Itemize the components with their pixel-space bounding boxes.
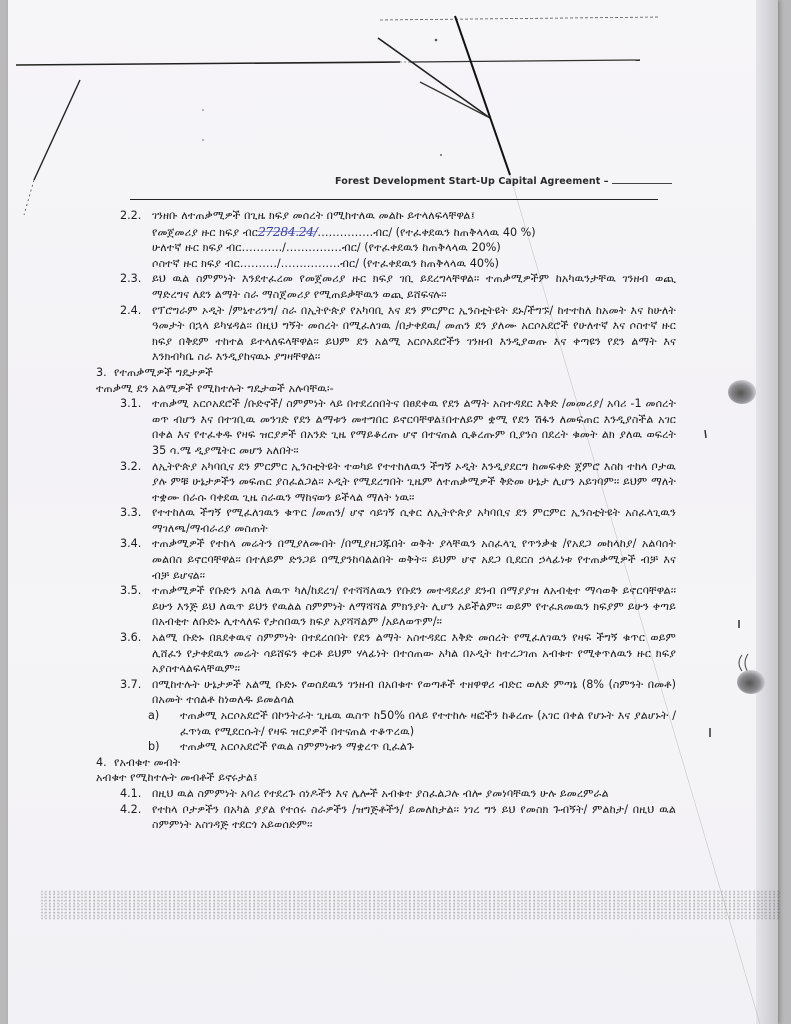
clause-3-2: 3.2. ለኢትዮጵያ አካባቢና ደን ምርምር ኢንስቲትዩት ተወካይ የ… bbox=[96, 459, 676, 506]
header-rule bbox=[130, 199, 658, 200]
payment-note: (የተፈቀደዉን ከጠቅላላዉ 20%) bbox=[364, 241, 500, 254]
clause-text: በዚህ ዉል ስምምነት አባሪ የተደረጉ ሰነዶችን እና ሌሎች አብቁተ… bbox=[152, 786, 676, 802]
payment-line-2: ሁለተኛ ዙር ክፍያ ብር………../……………ብር/ (የተፈቀደዉን ከጠ… bbox=[96, 240, 676, 256]
clause-number: 3.7. bbox=[120, 677, 152, 708]
payment-fill: ………../……………ብር/ bbox=[241, 241, 360, 254]
clause-text: ተጠቃሚዎች የቡድን አባል ለዉጥ ካለ/ከደረገ/ የተሻሻለዉን የቡደ… bbox=[152, 583, 676, 630]
clause-number: 3.5. bbox=[120, 583, 152, 630]
payment-fill: ………./…………….ብር/ bbox=[240, 257, 359, 270]
clause-text: ለኢትዮጵያ አካባቢና ደን ምርምር ኢንስቲትዩት ተወካይ የተተከለዉ… bbox=[152, 459, 676, 506]
section-title: የተጠቃሚዎች ግዴታዎች bbox=[114, 365, 213, 381]
section-title: የአብቁተ መብት bbox=[114, 755, 180, 771]
clause-3-7-b: b) ተጠቃሚ አርሶአደሮች የዉል ስምምነቱን ማቋረጥ ቢፈልጉ bbox=[96, 739, 676, 755]
payment-note: (የተፈቀደዉን ከጠቅላላዉ 40%) bbox=[363, 257, 499, 270]
clause-text: የፕሮግራም ኦዲት /ምኒተሪንግ/ ስራ በኢትዮጵያ የአካባቢ እና ደ… bbox=[152, 303, 676, 365]
clause-3-5: 3.5. ተጠቃሚዎች የቡድን አባል ለዉጥ ካለ/ከደረገ/ የተሻሻለዉ… bbox=[96, 583, 676, 630]
clause-4-2: 4.2. የተከላ ቦታዎችን በአካል ያያል የተሰሩ ስራዎችን /ዝግጅ… bbox=[96, 802, 676, 833]
document-header-title: Forest Development Start-Up Capital Agre… bbox=[335, 176, 609, 187]
payment-line-3: ሶስተኛ ዙር ክፍያ ብር………./…………….ብር/ (የተፈቀደዉን ከጠ… bbox=[96, 256, 676, 272]
payment-line-1: የመጀመሪያ ዙር ክፍያ ብር27284.24/……………ብር/ (የተፈቀደ… bbox=[96, 224, 676, 241]
payment-label: የመጀመሪያ ዙር ክፍያ ብር bbox=[152, 226, 258, 239]
punch-hole-top bbox=[728, 380, 756, 404]
clause-2-4: 2.4. የፕሮግራም ኦዲት /ምኒተሪንግ/ ስራ በኢትዮጵያ የአካባቢ… bbox=[96, 303, 676, 365]
section-number: 3. bbox=[96, 365, 114, 381]
subitem-text: ተጠቃሚ አርሶአደሮች በኮንትራት ጊዜዉ ዉስጥ ከ50% በላይ የተተ… bbox=[180, 708, 676, 739]
clause-number: 3.1. bbox=[120, 396, 152, 458]
clause-4-1: 4.1. በዚህ ዉል ስምምነት አባሪ የተደረጉ ሰነዶችን እና ሌሎች… bbox=[96, 786, 676, 802]
clause-text: የተተከለዉ ችግኝ የሚፈለገዉን ቁጥር /መጠን/ ሆኖ ሳይገኝ ሲቀር… bbox=[152, 505, 676, 536]
subitem-marker: b) bbox=[148, 739, 180, 755]
payment-label: ሁለተኛ ዙር ክፍያ ብር bbox=[152, 241, 241, 254]
clause-text: ገንዘቡ ለተጠቃሚዎች በጊዜ ክፍያ መሰረት በሚከተለዉ መልኩ ይተላ… bbox=[152, 208, 676, 224]
clause-number: 3.2. bbox=[120, 459, 152, 506]
clause-number: 4.1. bbox=[120, 786, 152, 802]
handwritten-amount: 27284.24/ bbox=[258, 224, 317, 239]
payment-note: (የተፈቀደዉን ከጠቅላላዉ 40 %) bbox=[396, 226, 536, 239]
payment-label: ሶስተኛ ዙር ክፍያ ብር bbox=[152, 257, 240, 270]
clause-3-3: 3.3. የተተከለዉ ችግኝ የሚፈለገዉን ቁጥር /መጠን/ ሆኖ ሳይገ… bbox=[96, 505, 676, 536]
clause-3-4: 3.4. ተጠቃሚዎች የተከላ መሬትን በሚያለሙበት /በሚያዘጋጁበት … bbox=[96, 536, 676, 583]
header-blank-line bbox=[612, 183, 672, 184]
scan-speckle-band bbox=[40, 890, 780, 920]
page-edge-shadow bbox=[756, 0, 778, 1024]
section-4-intro: አብቁተ የሚከተሉት መብቶች ይኖሩታል፤ bbox=[96, 770, 676, 786]
clause-2-3: 2.3. ይህ ዉል ስምምነት እንደተፈረመ የመጀመሪያ ዙር ክፍያ ገ… bbox=[96, 271, 676, 302]
clause-number: 3.6. bbox=[120, 630, 152, 677]
subitem-marker: a) bbox=[148, 708, 180, 739]
clause-text: የተከላ ቦታዎችን በአካል ያያል የተሰሩ ስራዎችን /ዝግጅቶችን/ … bbox=[152, 802, 676, 833]
clause-2-2: 2.2. ገንዘቡ ለተጠቃሚዎች በጊዜ ክፍያ መሰረት በሚከተለዉ መል… bbox=[96, 208, 676, 224]
punch-hole-bottom bbox=[737, 670, 765, 694]
section-4-heading: 4. የአብቁተ መብት bbox=[96, 755, 676, 771]
clause-number: 3.4. bbox=[120, 536, 152, 583]
section-3-intro: ተጠቃሚ ደን አልሚዎች የሚከተሉት ግዴታወች አሉባቸዉ፡- bbox=[96, 381, 676, 397]
clause-number: 2.2. bbox=[120, 208, 152, 224]
clause-3-7-a: a) ተጠቃሚ አርሶአደሮች በኮንትራት ጊዜዉ ዉስጥ ከ50% በላይ … bbox=[96, 708, 676, 739]
clause-text: አልሚ ቡድኑ በጸደቀዉና ስምምነት በተደረሰበት የደን ልማት አስተ… bbox=[152, 630, 676, 677]
document-body: 2.2. ገንዘቡ ለተጠቃሚዎች በጊዜ ክፍያ መሰረት በሚከተለዉ መል… bbox=[96, 208, 676, 833]
subitem-text: ተጠቃሚ አርሶአደሮች የዉል ስምምነቱን ማቋረጥ ቢፈልጉ bbox=[180, 739, 676, 755]
clause-text: በሚከተሉት ሁኔታዎች አልሚ ቡድኑ የወሰደዉን ገንዘብ በአበቁተ የ… bbox=[152, 677, 676, 708]
section-3-heading: 3. የተጠቃሚዎች ግዴታዎች bbox=[96, 365, 676, 381]
clause-text: ተጠቃሚ አርሶአደሮች /ቡድኖች/ ስምምነት ላይ በተደረሰበትና በፀ… bbox=[152, 396, 676, 458]
clause-3-6: 3.6. አልሚ ቡድኑ በጸደቀዉና ስምምነት በተደረሰበት የደን ልማ… bbox=[96, 630, 676, 677]
clause-text: ተጠቃሚዎች የተከላ መሬትን በሚያለሙበት /በሚያዘጋጁበት ወቅት ያ… bbox=[152, 536, 676, 583]
payment-fill: ……………ብር/ bbox=[317, 226, 392, 239]
clause-number: 2.4. bbox=[120, 303, 152, 365]
clause-number: 2.3. bbox=[120, 271, 152, 302]
document-header: Forest Development Start-Up Capital Agre… bbox=[335, 176, 665, 187]
clause-3-1: 3.1. ተጠቃሚ አርሶአደሮች /ቡድኖች/ ስምምነት ላይ በተደረሰበ… bbox=[96, 396, 676, 458]
clause-3-7: 3.7. በሚከተሉት ሁኔታዎች አልሚ ቡድኑ የወሰደዉን ገንዘብ በአ… bbox=[96, 677, 676, 708]
clause-number: 3.3. bbox=[120, 505, 152, 536]
section-number: 4. bbox=[96, 755, 114, 771]
clause-number: 4.2. bbox=[120, 802, 152, 833]
clause-text: ይህ ዉል ስምምነት እንደተፈረመ የመጀመሪያ ዙር ክፍያ ገቢ ይደረ… bbox=[152, 271, 676, 302]
